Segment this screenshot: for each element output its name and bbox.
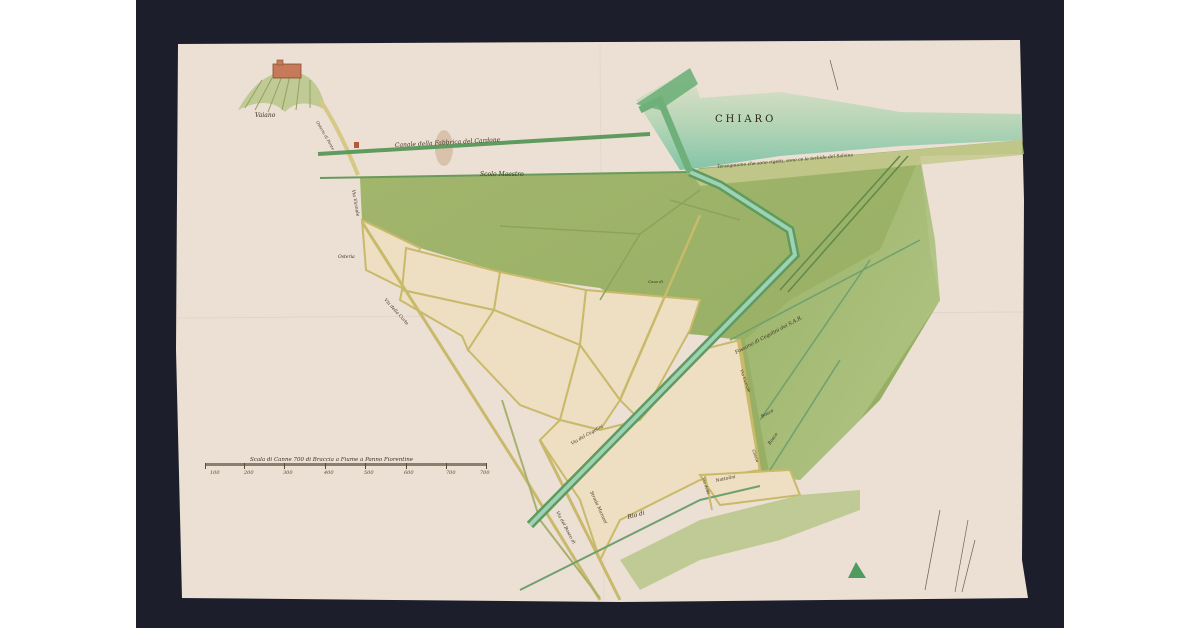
label-chiaro: CHIARO — [715, 114, 776, 125]
historic-map: 100 200 300 400 500 600 700 700 Vaiano O… — [0, 0, 1200, 628]
scale-tick: 100 — [210, 470, 220, 476]
scale-tick: 400 — [323, 470, 334, 476]
castle-icon — [273, 64, 301, 78]
scale-tick: 600 — [404, 470, 414, 476]
label-casa: Casa di — [648, 279, 664, 284]
label-osteria: Osteria — [338, 254, 355, 260]
scale-tick: 300 — [283, 470, 293, 476]
osteria-marker — [354, 142, 359, 148]
scale-tick: 500 — [364, 470, 374, 476]
label-vaiano: Vaiano — [255, 112, 276, 119]
label-scale-title: Scala di Canne 700 di Braccia a Fiume a … — [250, 457, 414, 463]
scale-tick: 700 — [480, 470, 490, 476]
scale-tick: 700 — [446, 470, 456, 476]
label-scolo: Scolo Maestro — [480, 171, 524, 178]
scale-tick: 200 — [243, 470, 254, 476]
